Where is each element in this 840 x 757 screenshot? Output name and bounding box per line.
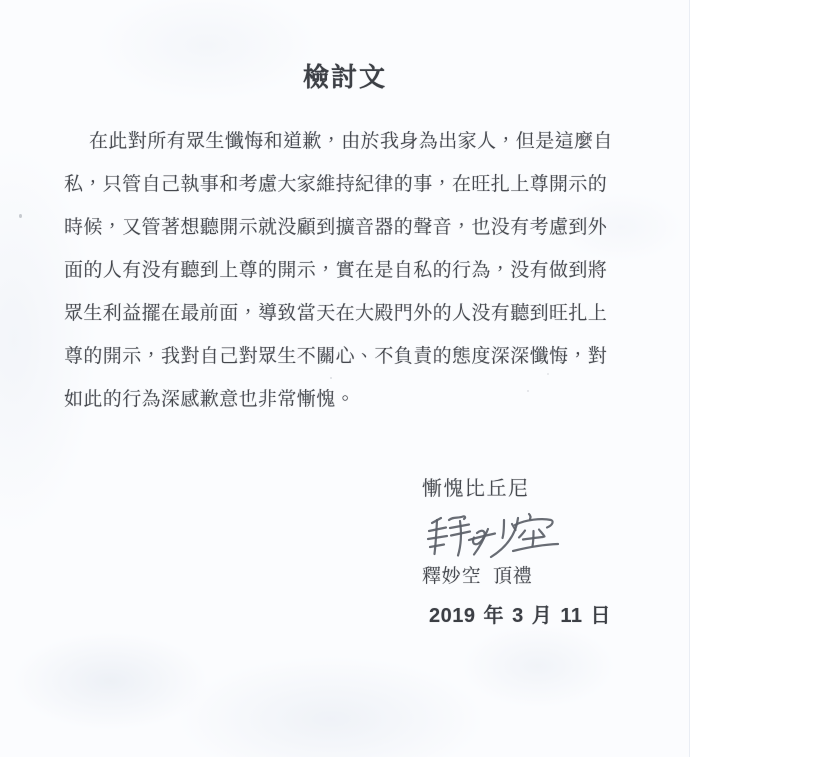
body-line: 時候，又管著想聽開示就没顧到擴音器的聲音，也没有考慮到外 <box>64 206 624 249</box>
handwriting-char-shi <box>428 516 470 555</box>
document-date: 2019 年 3 月 11 日 <box>429 599 611 628</box>
scan-speck <box>330 377 332 379</box>
body-line: 尊的開示，我對自己對眾生不關心、不負責的態度深深懺悔，對 <box>64 335 624 378</box>
body-line: 面的人有没有聽到上尊的開示，實在是自私的行為，没有做到將 <box>64 249 624 292</box>
handwriting-char-kong <box>513 514 558 551</box>
handwriting-char-miao <box>469 518 518 557</box>
body-line: 如此的行為深感歉意也非常慚愧。 <box>64 378 624 421</box>
body-line: 私，只管自己執事和考慮大家維持紀律的事，在旺扎上尊開示的 <box>64 163 624 206</box>
scan-speck <box>527 390 529 392</box>
screenshot-root: 檢討文 在此對所有眾生懺悔和道歉，由於我身為出家人，但是這麼自 私，只管自己執事… <box>0 0 840 757</box>
document-title: 檢討文 <box>0 57 690 94</box>
scan-speck <box>547 373 549 375</box>
handwritten-signature <box>425 508 585 562</box>
signer-role: 慚愧比丘尼 <box>422 472 530 501</box>
scan-speck <box>19 214 22 218</box>
scanned-page: 檢討文 在此對所有眾生懺悔和道歉，由於我身為出家人，但是這麼自 私，只管自己執事… <box>0 0 690 757</box>
signature-printed-name: 釋妙空 頂禮 <box>422 561 533 588</box>
body-line: 眾生利益擺在最前面，導致當天在大殿門外的人没有聽到旺扎上 <box>64 292 624 335</box>
body-line: 在此對所有眾生懺悔和道歉，由於我身為出家人，但是這麼自 <box>64 120 624 163</box>
body-paragraph: 在此對所有眾生懺悔和道歉，由於我身為出家人，但是這麼自 私，只管自己執事和考慮大… <box>64 120 624 421</box>
